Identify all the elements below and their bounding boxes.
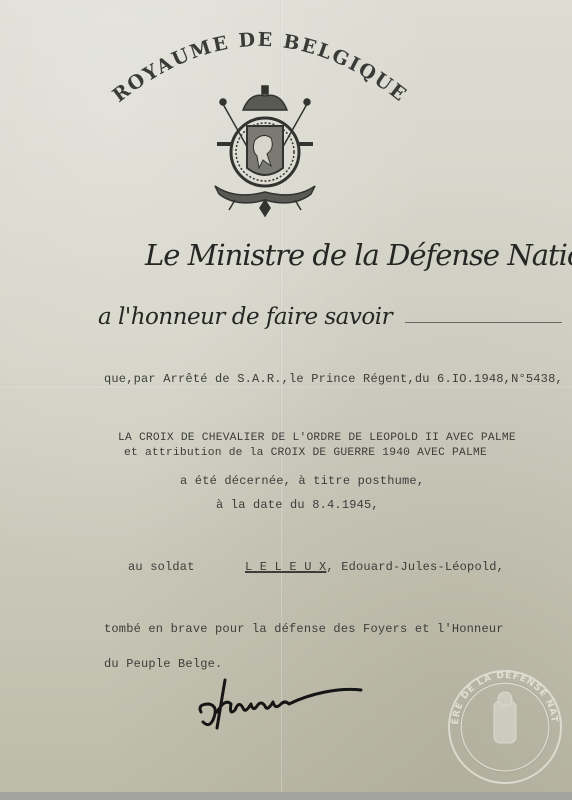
- award-line-2: et attribution de la CROIX DE GUERRE 194…: [124, 447, 487, 459]
- date-line: à la date du 8.4.1945,: [216, 498, 379, 512]
- announcement-line: a l'honneur de faire savoir: [98, 304, 392, 330]
- recipient-given-names: , Edouard-Jules-Léopold,: [326, 560, 504, 574]
- recipient-surname: L E L E U X: [245, 560, 326, 574]
- blank-rule-line: [405, 322, 562, 323]
- recipient-prefix: au soldat: [128, 560, 195, 574]
- certificate-paper: ROYAUME DE BELGIQUE Le Ministre de la Dé…: [0, 0, 572, 792]
- background-surface: [0, 792, 572, 800]
- issuer-title: Le Ministre de la Défense Nationale: [145, 238, 572, 272]
- embossed-seal-icon: MINISTÈRE DE LA DÉFENSE NATIONALE: [442, 665, 568, 785]
- decree-line: que,par Arrêté de S.A.R.,le Prince Régen…: [104, 372, 563, 386]
- signature-icon: [195, 670, 375, 740]
- citation-line-2: du Peuple Belge.: [104, 657, 222, 671]
- award-line-1: LA CROIX DE CHEVALIER DE L'ORDRE DE LEOP…: [118, 432, 516, 444]
- citation-line-1: tombé en brave pour la défense des Foyer…: [104, 622, 504, 636]
- recipient-line: L E L E U X, Edouard-Jules-Léopold,: [245, 560, 504, 574]
- granted-line: a été décernée, à titre posthume,: [180, 474, 424, 488]
- belgian-coat-of-arms-icon: [205, 82, 325, 220]
